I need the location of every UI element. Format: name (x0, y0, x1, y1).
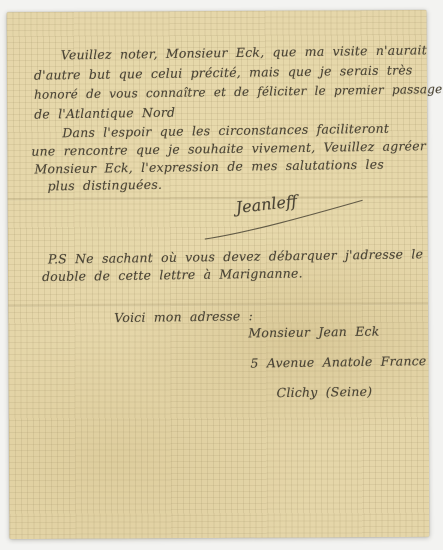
letter-scan: Veuillez noter, Monsieur Eck, que ma vis… (0, 0, 443, 550)
address-intro: Voici mon adresse : (114, 308, 253, 325)
letter-line: d'autre but que celui précité, mais que … (34, 62, 413, 82)
fold-crease (8, 196, 428, 201)
address-line: Monsieur Jean Eck (248, 324, 379, 341)
letter-line: Veuillez noter, Monsieur Eck, que ma vis… (61, 42, 427, 62)
letter-line: honoré de vous connaître et de féliciter… (34, 82, 443, 102)
postscript-line: P.S Ne sachant où vous devez débarquer j… (48, 246, 423, 266)
letter-line: plus distinguées. (47, 177, 162, 194)
address-line: 5 Avenue Anatole France (250, 353, 426, 370)
address-line: Clichy (Seine) (277, 384, 373, 400)
fold-crease (8, 302, 428, 307)
letter-line: de l'Atlantique Nord (34, 105, 175, 122)
signature: Jeanleff (235, 191, 298, 217)
letter-line: une rencontre que je souhaite vivement, … (31, 138, 426, 159)
postscript-line: double de cette lettre à Marignanne. (42, 265, 303, 284)
letter-line: Dans l'espoir que les circonstances faci… (62, 121, 389, 141)
letter-sheet: Veuillez noter, Monsieur Eck, que ma vis… (7, 10, 430, 539)
letter-line: Monsieur Eck, l'expression de mes saluta… (34, 157, 384, 177)
